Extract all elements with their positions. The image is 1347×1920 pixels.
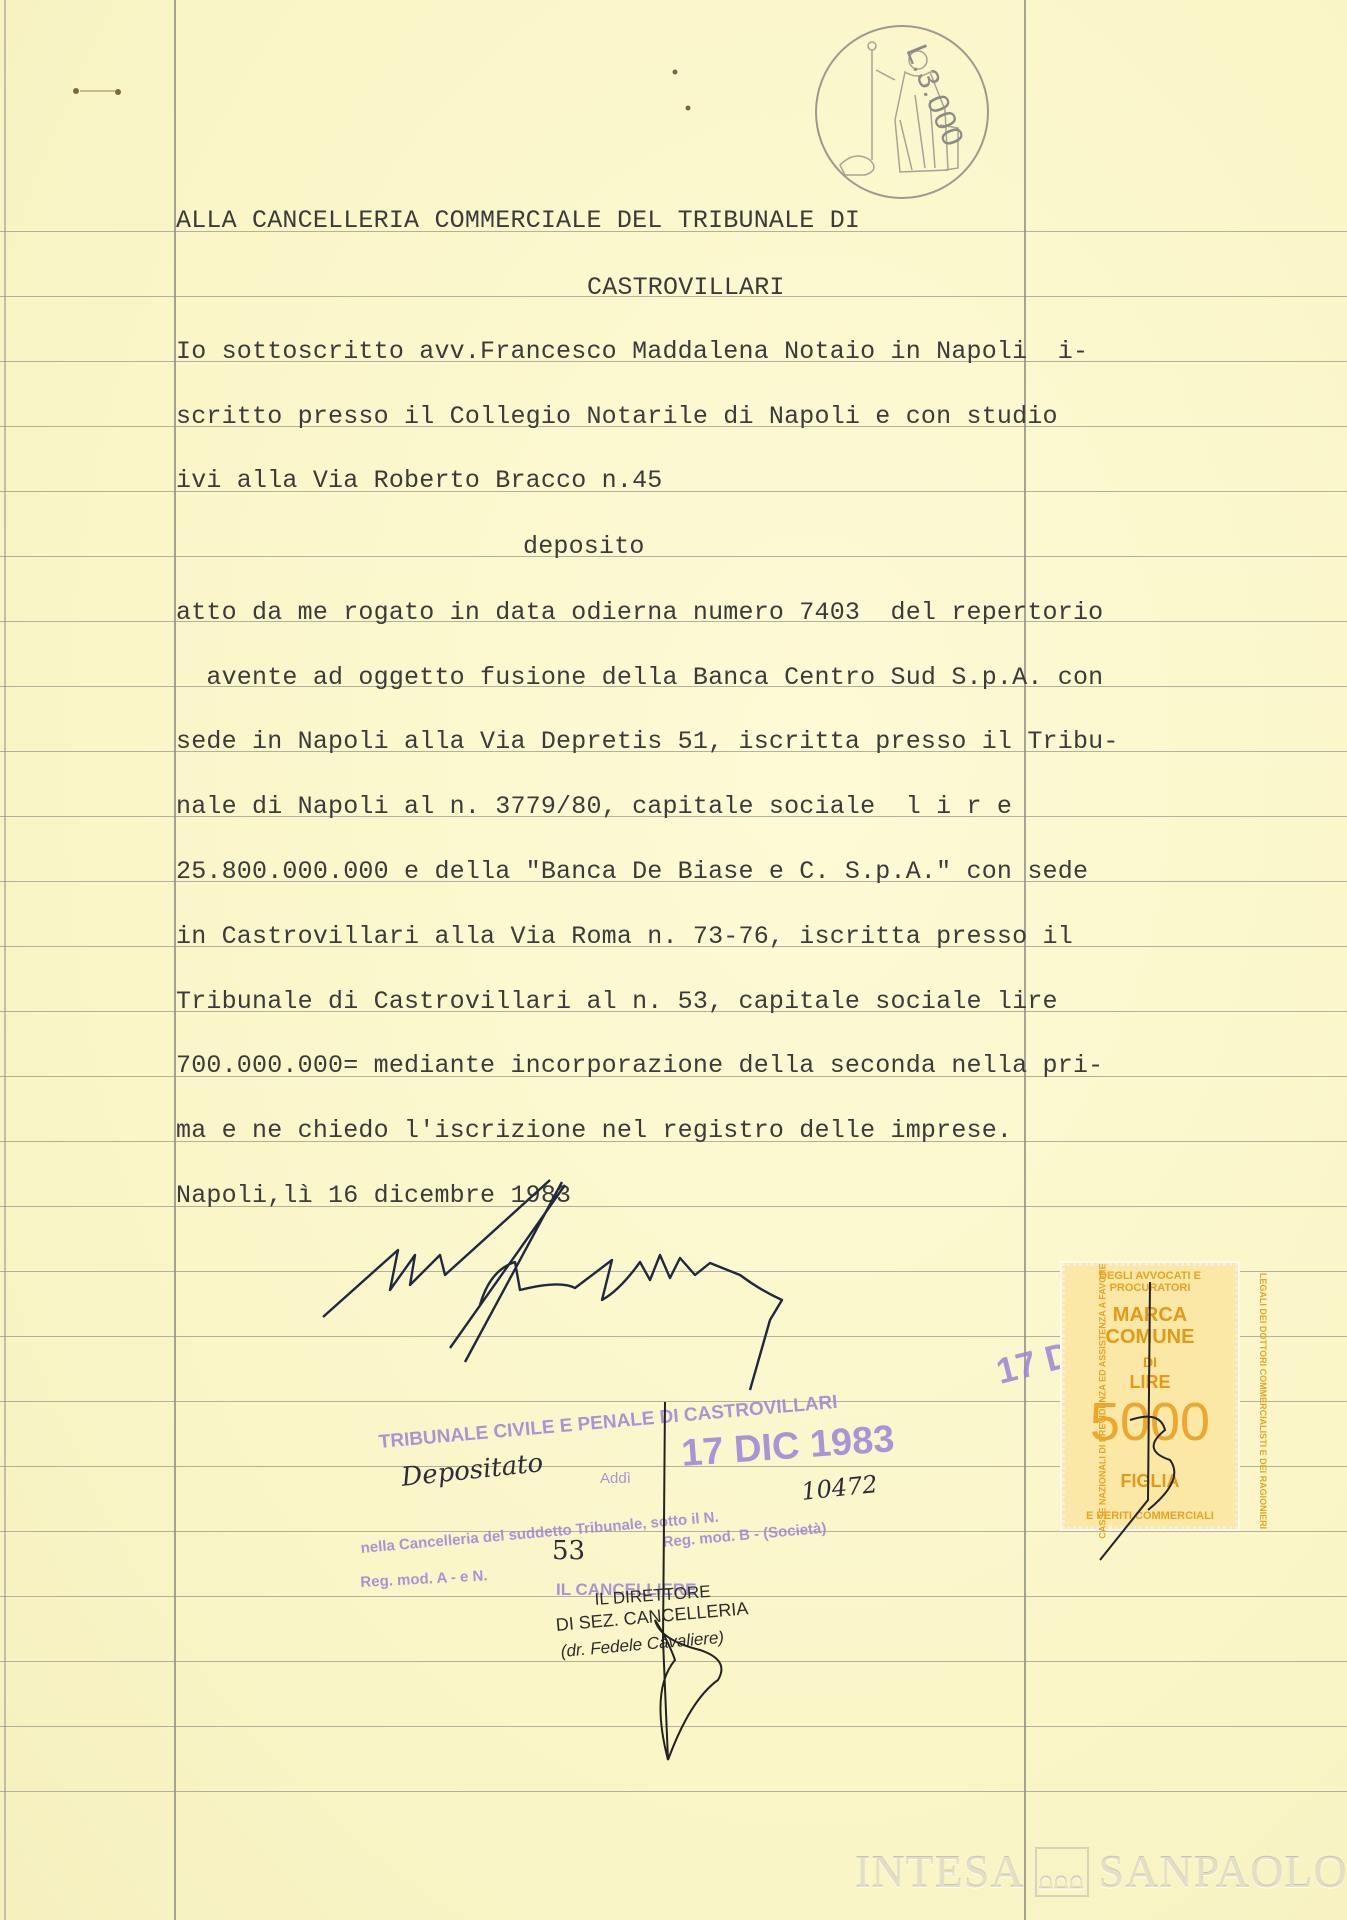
intesa-sanpaolo-logo-icon: ⩍⩍⩍ [1035, 1847, 1089, 1897]
watermark-left: INTESA [855, 1845, 1025, 1898]
director-signature [0, 0, 1347, 1920]
intesa-sanpaolo-watermark: INTESA ⩍⩍⩍ SANPAOLO [855, 1845, 1347, 1898]
watermark-right: SANPAOLO [1099, 1845, 1347, 1898]
